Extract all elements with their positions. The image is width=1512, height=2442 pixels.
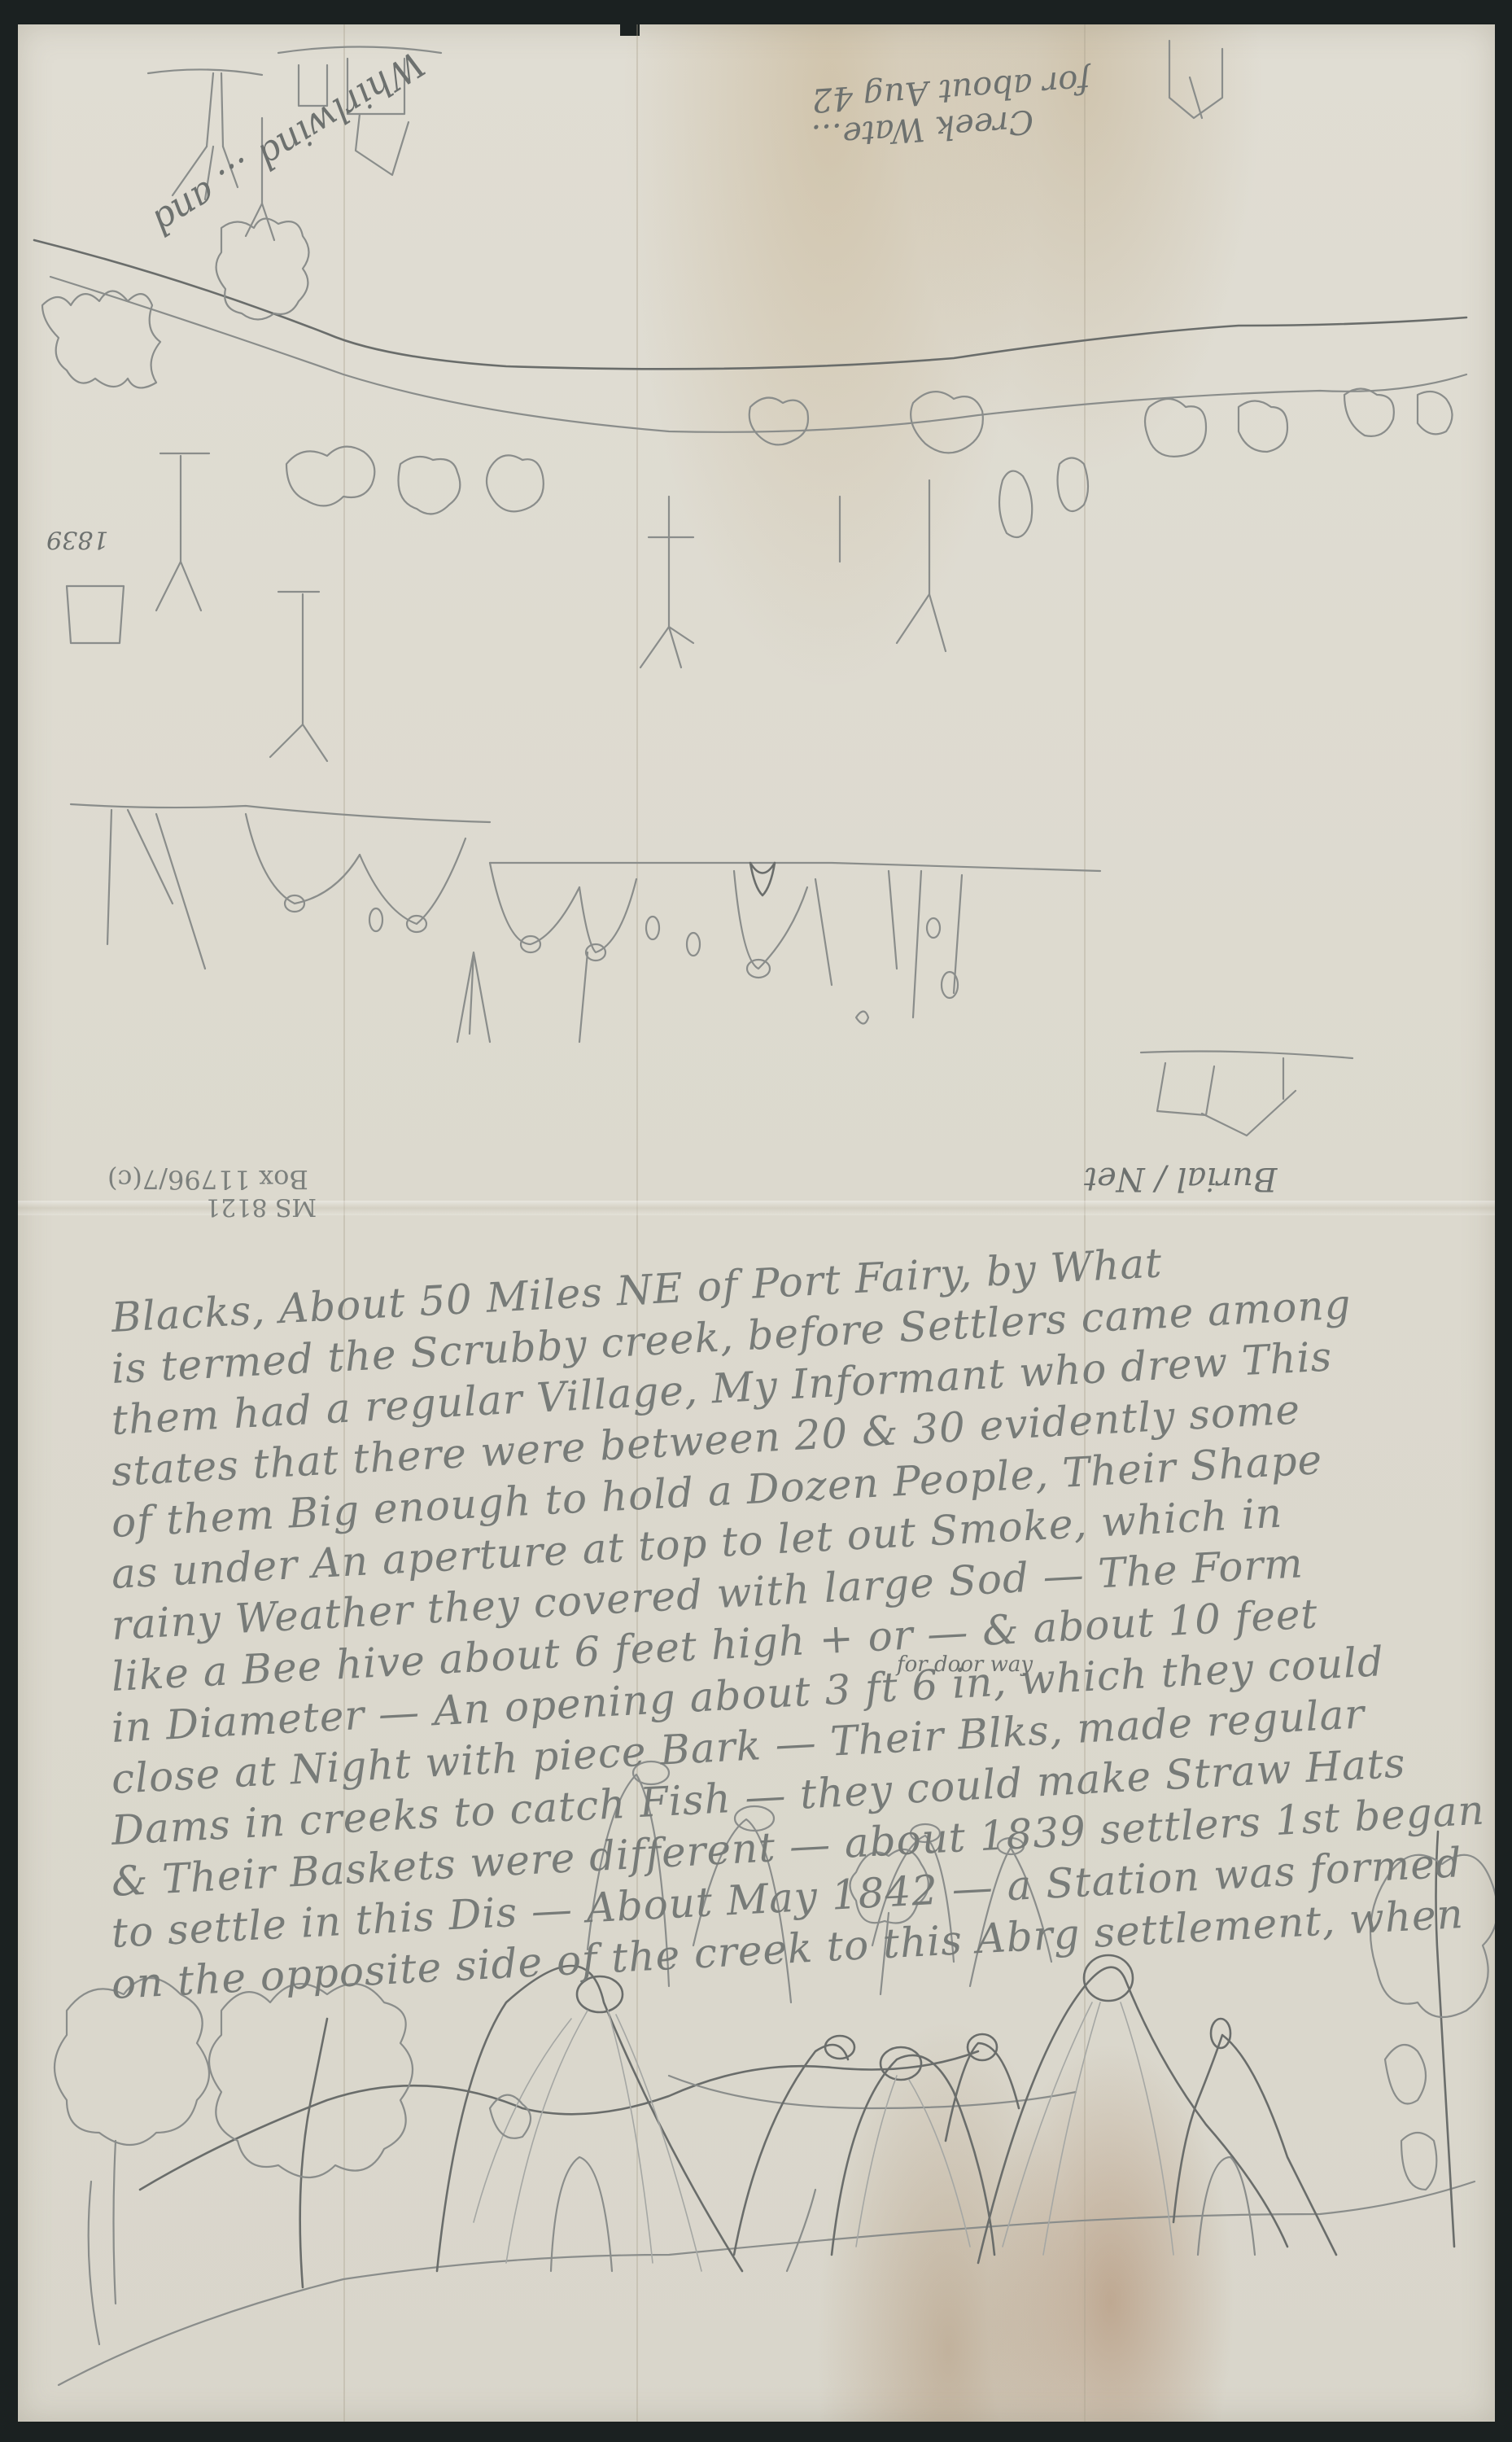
upside-down-year-label: 1839: [46, 525, 108, 554]
hillside: [59, 2051, 1475, 2385]
foliage: [42, 219, 1453, 537]
upside-down-burial-label: Burial / Net: [1084, 1160, 1277, 1197]
archive-box-label: Box 11796/7(c): [107, 1164, 308, 1195]
hanging-objects-line: [71, 804, 1100, 1042]
small-shelter-sketch: [1141, 1052, 1352, 1136]
pencil-sketches: [18, 24, 1495, 2422]
hanging-crosses: [67, 453, 946, 761]
archive-ms-label: MS 8121: [205, 1193, 317, 1221]
interlinear-note: for door way: [897, 1652, 1033, 1677]
river: [34, 240, 1466, 432]
manuscript-sheet: Whirlwind ... and for about Aug 42 Creek…: [18, 24, 1495, 2422]
